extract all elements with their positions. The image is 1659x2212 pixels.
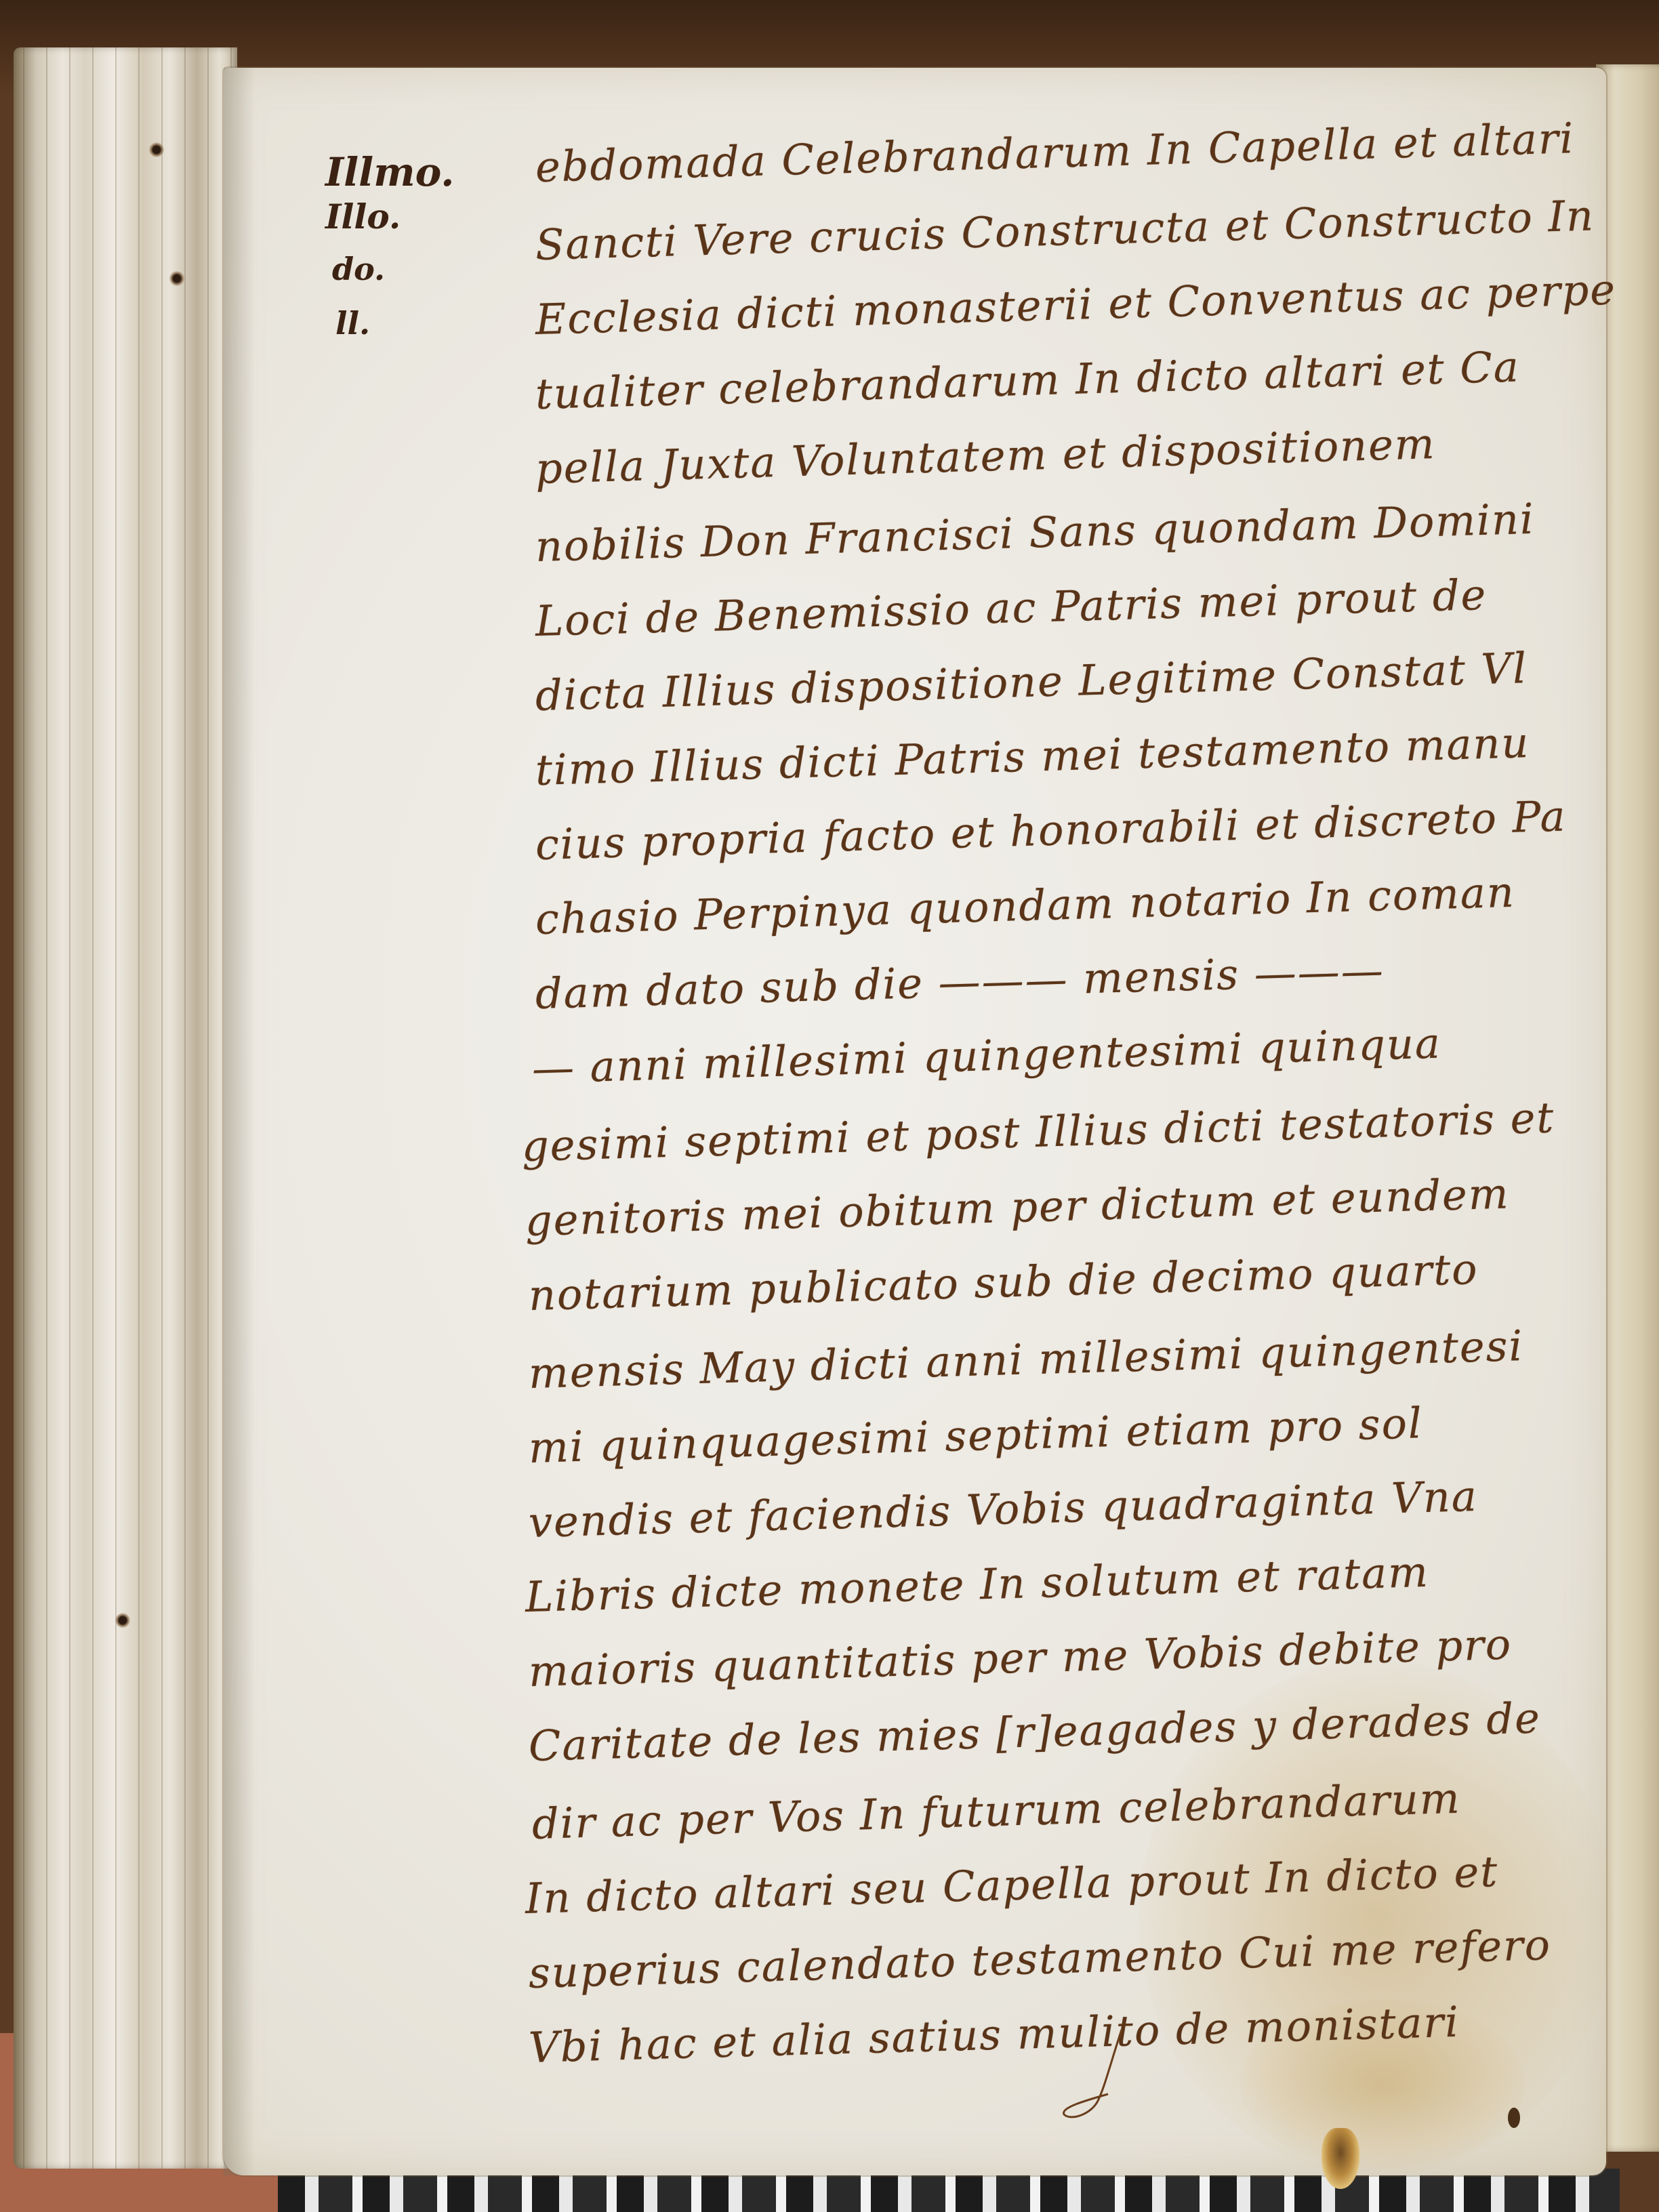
stain-spot xyxy=(169,271,184,286)
burn-hole xyxy=(1322,2128,1359,2189)
stain-spot xyxy=(115,1613,130,1628)
margin-note: ll. xyxy=(335,305,370,342)
margin-note: Illo. xyxy=(325,197,401,237)
signature-flourish-icon xyxy=(1057,2026,1139,2128)
margin-note: do. xyxy=(332,251,385,287)
page-edge-lines xyxy=(14,47,237,2169)
ink-blot xyxy=(1508,2108,1520,2128)
margin-note: Illmo. xyxy=(325,149,454,195)
stain-spot xyxy=(149,142,164,157)
page-stack-edges xyxy=(14,47,237,2169)
